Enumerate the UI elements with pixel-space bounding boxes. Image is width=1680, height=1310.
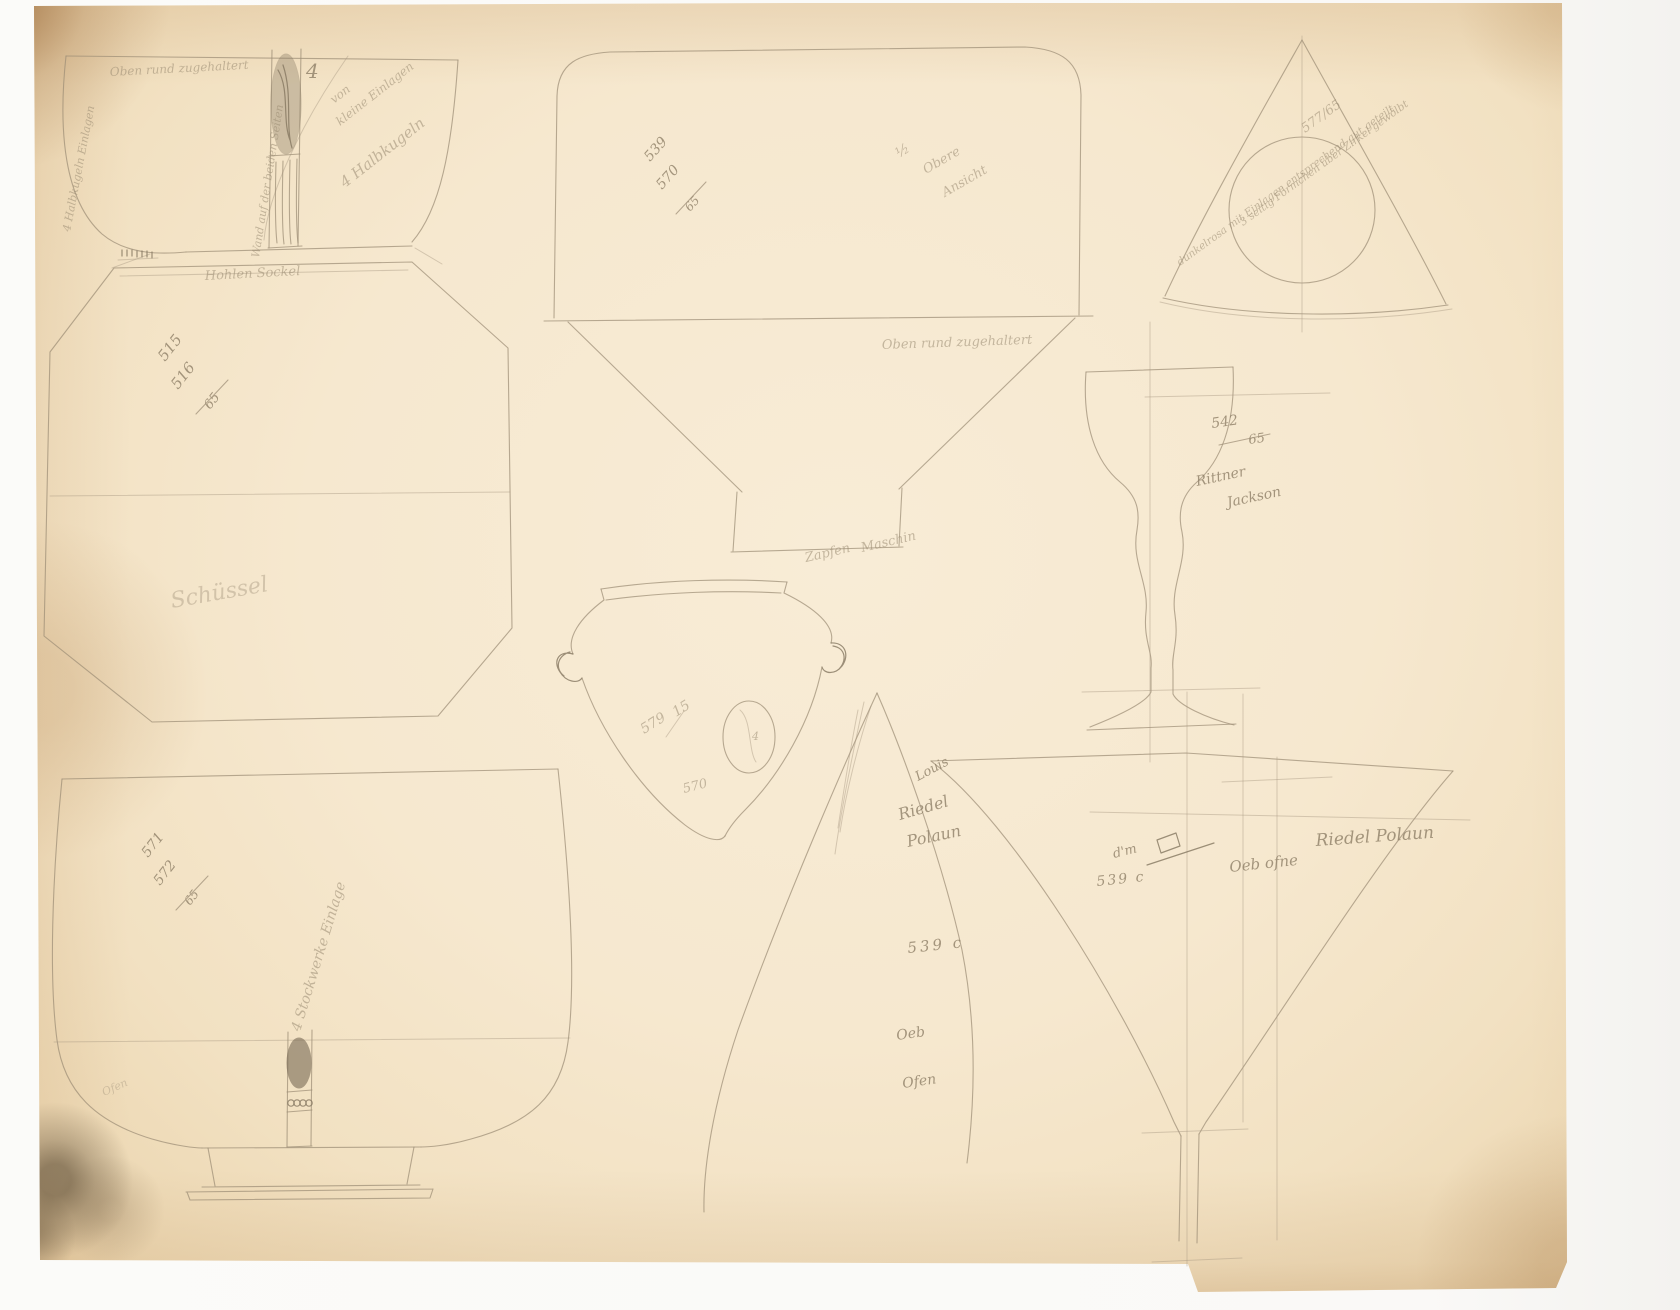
annotation-vase-num-b: 15 (670, 697, 694, 720)
pencil-sketch-layer: Oben rund zugehaltert 4 Halbkugeln Einla… (0, 0, 1680, 1310)
annotation-vase-num-a: 579 (638, 710, 669, 738)
annotation-vase-num-c: 570 (681, 776, 709, 797)
annotation-bl-num-a: 571 (139, 830, 168, 861)
annotation-tr-num: 577/65 (1299, 97, 1345, 136)
annotation-tm-view-1: ½ (893, 141, 913, 162)
annotation-tm-num-a: 539 (641, 134, 671, 165)
annotation-schuessel-label: Schüssel (169, 572, 270, 614)
annotation-tl-diag-1: von (327, 82, 353, 106)
annotation-goblet-name-2: Jackson (1223, 484, 1283, 512)
vase-oval-detail (723, 701, 775, 773)
annotation-goblet-num-a: 542 (1210, 412, 1239, 432)
annotation-tm-rim-note: Oben rund zugehaltert (882, 333, 1034, 353)
annotation-tl-band-note: Wand auf der beiden Seiten (249, 104, 286, 259)
scanned-drawing-sheet: Oben rund zugehaltert 4 Halbkugeln Einla… (0, 0, 1680, 1310)
annotation-tm-num-b: 570 (653, 162, 683, 193)
annotation-tl-num-den: 65 (201, 390, 223, 412)
annotation-cone-maker-1: Louis (912, 754, 952, 785)
annotation-funnel-dim: d'm (1111, 841, 1138, 861)
annotation-bl-small-note: Ofen (100, 1076, 130, 1099)
annotation-tl-top-note: Oben rund zugehaltert (109, 58, 249, 79)
dimension-square-symbol (1157, 833, 1180, 853)
annotations-layer: Oben rund zugehaltert 4 Halbkugeln Einla… (60, 58, 1435, 1099)
sketch-triangular-bowl-plan (1160, 36, 1452, 332)
annotation-vase-count: 4 (751, 730, 759, 743)
annotation-cone-note-1: Oeb (895, 1024, 926, 1044)
annotation-goblet-name-1: Rittner (1194, 464, 1249, 491)
annotation-bl-num-b: 572 (151, 857, 180, 888)
sketch-top-middle-bowl (544, 47, 1093, 552)
annotation-tm-base-note-2: Maschin (859, 529, 918, 556)
annotation-tl-num-a: 515 (154, 331, 186, 365)
sketch-vase (557, 580, 846, 840)
annotation-tm-view-3: Ansicht (939, 162, 991, 201)
annotation-tl-base-note: Hohlen Sockel (203, 264, 300, 284)
sketch-funnel (931, 692, 1470, 1266)
sketch-octagonal-bowl-plan (44, 262, 512, 722)
annotation-cone-num: 539 c (907, 933, 965, 957)
annotation-funnel-num: 539 c (1096, 869, 1146, 890)
annotation-tl-diag-3: 4 Halbkugeln (336, 114, 429, 192)
annotation-tl-edge-note: 4 Halbkugeln Einlagen (60, 104, 97, 233)
annotation-tm-base-note-1: Zapfen (803, 541, 852, 566)
annotation-tm-view-2: Obere (921, 144, 964, 177)
annotation-bl-diag-note: 4 Stockwerke Einlage (288, 880, 349, 1034)
annotation-cone-note-2: Ofen (901, 1071, 937, 1092)
annotation-tr-note-2: dunkelrosa mit Einlagen entsprechend gut… (1175, 102, 1397, 268)
annotation-funnel-note: Oeb ofne (1229, 851, 1299, 876)
annotation-goblet-num-den: 65 (1247, 431, 1265, 448)
sketch-goblet (1082, 322, 1330, 762)
annotation-bl-num-den: 65 (181, 887, 201, 908)
band-oval-medallion-dark (287, 1038, 311, 1088)
annotation-funnel-maker: Riedel Polaun (1314, 823, 1435, 851)
annotation-cone-maker-2: Riedel (895, 791, 951, 824)
annotation-tl-count: 4 (305, 59, 319, 83)
annotation-tl-num-b: 516 (167, 358, 199, 392)
